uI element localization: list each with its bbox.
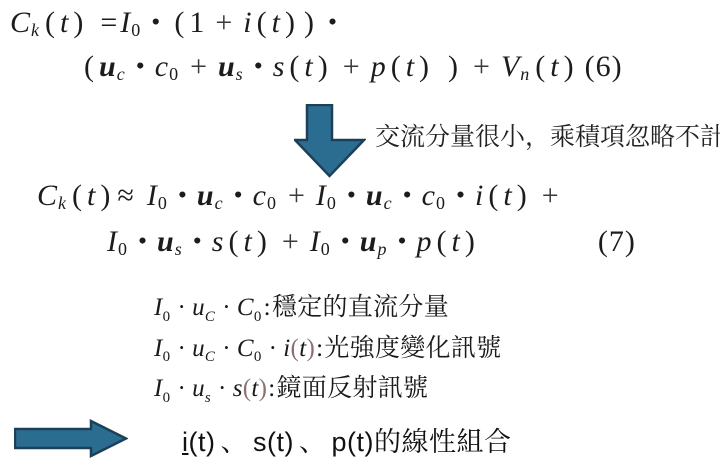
right-arrow-icon (14, 419, 128, 458)
equation-6-line-1: Ck(t)=I0•(1+i(t))• (10, 6, 347, 41)
definition-intensity-signal: I0·uC·C0·i(t):光強度變化訊號 (154, 333, 501, 374)
equation-6-line-2: (uc•c0+us•s(t)+p(t))+Vn(t)(6) (80, 50, 623, 85)
equation-7-line-1: Ck(t)≈I0•uc•c0+I0•uc•c0•i(t)+ (37, 179, 570, 214)
slide-canvas: { "colors": { "background": "#ffffff", "… (0, 0, 720, 459)
definition-list: I0·uC·C0:穩定的直流分量 I0·uC·C0·i(t):光強度變化訊號 I… (154, 292, 501, 414)
conclusion-text: i(t)、s(t)、p(t)的線性組合 (182, 420, 511, 459)
definition-dc-component: I0·uC·C0:穩定的直流分量 (154, 292, 501, 333)
transition-note: 交流分量很小，乘積項忽略不計 (375, 117, 720, 153)
definition-specular-signal: I0·us·s(t):鏡面反射訊號 (154, 373, 501, 414)
equation-7-line-2: I0•us•s(t)+I0•up•p(t)(7) (107, 225, 636, 260)
down-arrow-icon (294, 104, 366, 178)
